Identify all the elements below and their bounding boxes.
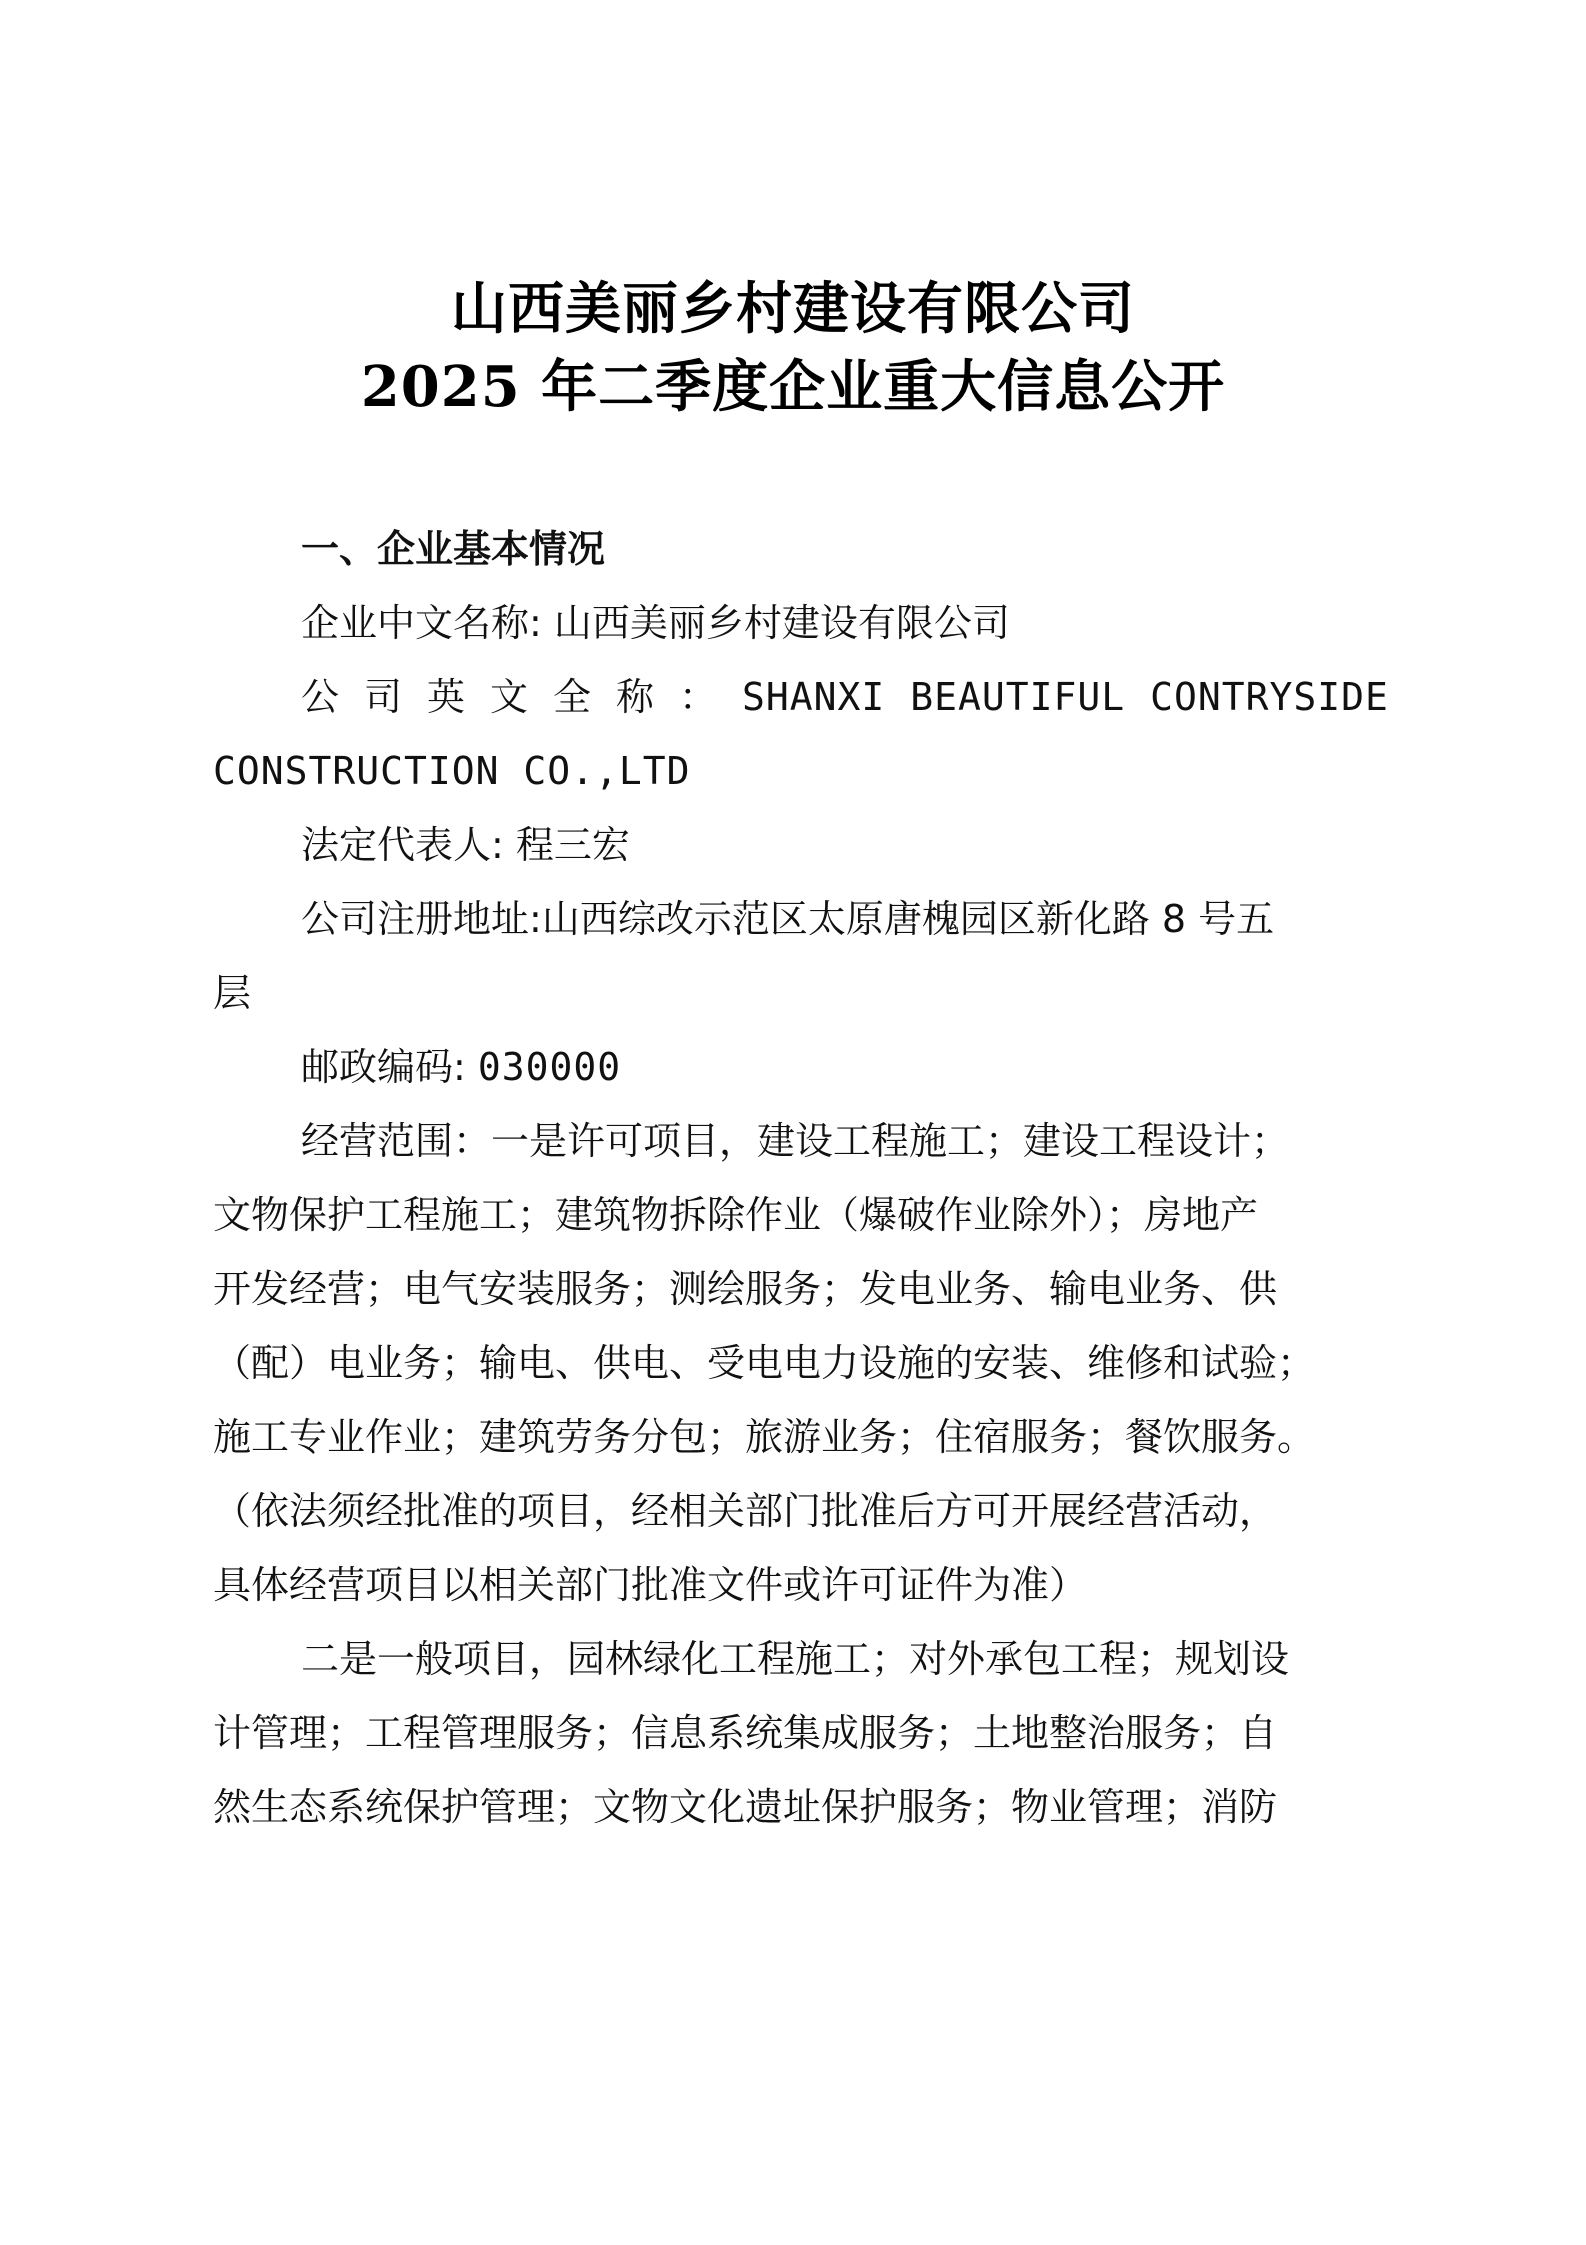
title-disclosure-period: 2025 年二季度企业重大信息公开 xyxy=(0,348,1586,426)
document-page: 山西美丽乡村建设有限公司 2025 年二季度企业重大信息公开 一、企业基本情况 … xyxy=(0,0,1586,2245)
document-body: 一、企业基本情况 企业中文名称: 山西美丽乡村建设有限公司 公 司 英 文 全 … xyxy=(213,512,1389,1844)
english-name-label-char: ： xyxy=(679,660,717,734)
english-name-label-char: 公 xyxy=(301,660,339,734)
paragraph-line: 开发经营；电气安装服务；测绘服务；发电业务、输电业务、供 xyxy=(213,1252,1389,1326)
paragraph-line: 文物保护工程施工；建筑物拆除作业（爆破作业除外）；房地产 xyxy=(213,1178,1389,1252)
chinese-name-value: 山西美丽乡村建设有限公司 xyxy=(554,601,1010,645)
paragraph-line: 二是一般项目，园林绿化工程施工；对外承包工程；规划设 xyxy=(213,1622,1389,1696)
english-name-label-char: 称 xyxy=(616,660,654,734)
chinese-name-row: 企业中文名称: 山西美丽乡村建设有限公司 xyxy=(213,586,1389,660)
address-row: 公司注册地址:山西综改示范区太原唐槐园区新化路 8 号五 xyxy=(213,882,1389,956)
title-company-name: 山西美丽乡村建设有限公司 xyxy=(0,270,1586,348)
address-continuation: 层 xyxy=(213,956,1389,1030)
section-heading-basic-info: 一、企业基本情况 xyxy=(213,512,1389,586)
chinese-name-label: 企业中文名称: xyxy=(301,601,542,645)
legal-rep-value: 程三宏 xyxy=(516,823,630,867)
english-name-label-char: 全 xyxy=(553,660,591,734)
english-name-label-char: 英 xyxy=(427,660,465,734)
address-label: 公司注册地址: xyxy=(301,897,542,941)
postcode-row: 邮政编码: 030000 xyxy=(213,1030,1389,1104)
general-items-paragraph: 二是一般项目，园林绿化工程施工；对外承包工程；规划设 计管理；工程管理服务；信息… xyxy=(213,1622,1389,1844)
paragraph-line: 计管理；工程管理服务；信息系统集成服务；土地整治服务；自 xyxy=(213,1696,1389,1770)
english-name-word: CONTRYSIDE xyxy=(1150,660,1389,734)
legal-rep-label: 法定代表人: xyxy=(301,823,504,867)
paragraph-line: 具体经营项目以相关部门批准文件或许可证件为准） xyxy=(213,1548,1389,1622)
document-title: 山西美丽乡村建设有限公司 2025 年二季度企业重大信息公开 xyxy=(0,270,1586,426)
english-name-word: BEAUTIFUL xyxy=(910,660,1125,734)
paragraph-line: 经营范围：一是许可项目，建设工程施工；建设工程设计； xyxy=(213,1104,1389,1178)
english-name-label-char: 文 xyxy=(490,660,528,734)
address-value: 山西综改示范区太原唐槐园区新化路 8 号五 xyxy=(542,897,1274,941)
legal-rep-row: 法定代表人: 程三宏 xyxy=(213,808,1389,882)
paragraph-line: （依法须经批准的项目，经相关部门批准后方可开展经营活动， xyxy=(213,1474,1389,1548)
paragraph-line: （配）电业务；输电、供电、受电电力设施的安装、维修和试验； xyxy=(213,1326,1389,1400)
english-name-continuation: CONSTRUCTION CO.,LTD xyxy=(213,734,1389,808)
postcode-label: 邮政编码: xyxy=(301,1045,466,1089)
english-name-word: SHANXI xyxy=(742,660,885,734)
english-name-row: 公 司 英 文 全 称 ： SHANXI BEAUTIFUL CONTRYSID… xyxy=(213,660,1389,734)
business-scope-paragraph: 经营范围：一是许可项目，建设工程施工；建设工程设计； 文物保护工程施工；建筑物拆… xyxy=(213,1104,1389,1622)
postcode-value: 030000 xyxy=(478,1045,621,1089)
paragraph-line: 施工专业作业；建筑劳务分包；旅游业务；住宿服务；餐饮服务。 xyxy=(213,1400,1389,1474)
paragraph-line: 然生态系统保护管理；文物文化遗址保护服务；物业管理；消防 xyxy=(213,1770,1389,1844)
english-name-label-char: 司 xyxy=(364,660,402,734)
